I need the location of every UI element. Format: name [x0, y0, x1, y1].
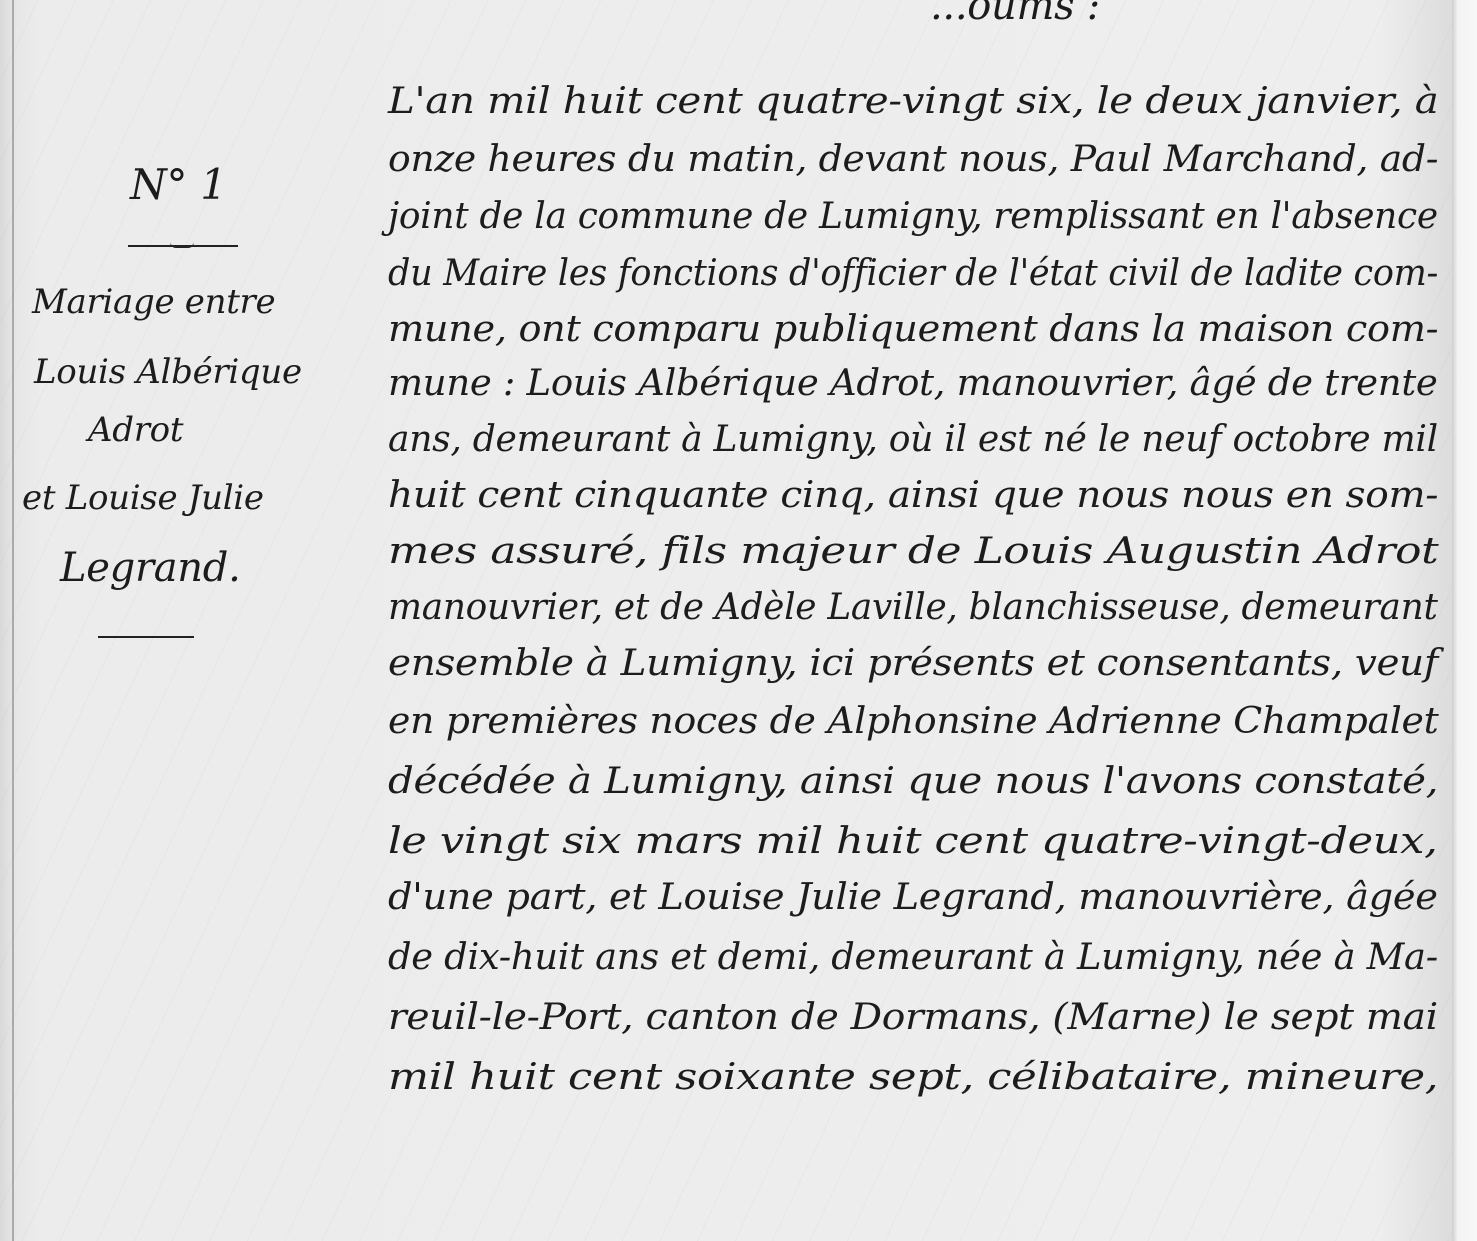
body-line: d'une part, et Louise Julie Legrand, man…	[388, 876, 1438, 920]
body-line: de dix-huit ans et demi, demeurant à Lum…	[388, 936, 1438, 980]
body-line: onze heures du matin, devant nous, Paul …	[388, 138, 1438, 182]
body-line: ans, demeurant à Lumigny, où il est né l…	[388, 418, 1438, 462]
body-line: en premières noces de Alphonsine Adrienn…	[388, 700, 1438, 744]
body-line: joint de la commune de Lumigny, rempliss…	[388, 195, 1438, 239]
body-line: ensemble à Lumigny, ici présents et cons…	[388, 642, 1438, 686]
body-line: L'an mil huit cent quatre-vingt six, le …	[388, 80, 1439, 124]
body-line: mil huit cent soixante sept, célibataire…	[388, 1056, 1438, 1100]
register-page: ...oums : N° 1 Mariage entre Louis Albér…	[0, 0, 1452, 1241]
margin-heading-line: Legrand.	[60, 548, 241, 588]
title-fragment: ...oums :	[930, 0, 1100, 30]
body-line: mes assuré, fils majeur de Louis Augusti…	[388, 530, 1438, 574]
ornament-divider	[128, 245, 238, 247]
body-line: reuil-le-Port, canton de Dormans, (Marne…	[388, 996, 1438, 1040]
act-number: N° 1	[130, 160, 227, 209]
page-edge	[1452, 0, 1477, 1241]
body-line: huit cent cinquante cinq, ainsi que nous…	[388, 474, 1438, 518]
body-line: mune, ont comparu publiquement dans la m…	[388, 308, 1438, 352]
body-line: du Maire les fonctions d'officier de l'é…	[388, 252, 1438, 296]
end-divider	[98, 636, 194, 638]
body-line: décédée à Lumigny, ainsi que nous l'avon…	[388, 760, 1438, 804]
margin-heading-line: Adrot	[88, 410, 183, 450]
margin-heading-line: Mariage entre	[32, 282, 275, 322]
body-line: le vingt six mars mil huit cent quatre-v…	[388, 820, 1437, 864]
body-line: manouvrier, et de Adèle Laville, blanchi…	[388, 586, 1438, 630]
body-line: mune : Louis Albérique Adrot, manouvrier…	[388, 362, 1438, 406]
margin-heading-line: Louis Albérique	[34, 352, 302, 392]
binding-margin-line	[12, 0, 14, 1241]
margin-heading-line: et Louise Julie	[22, 478, 264, 518]
